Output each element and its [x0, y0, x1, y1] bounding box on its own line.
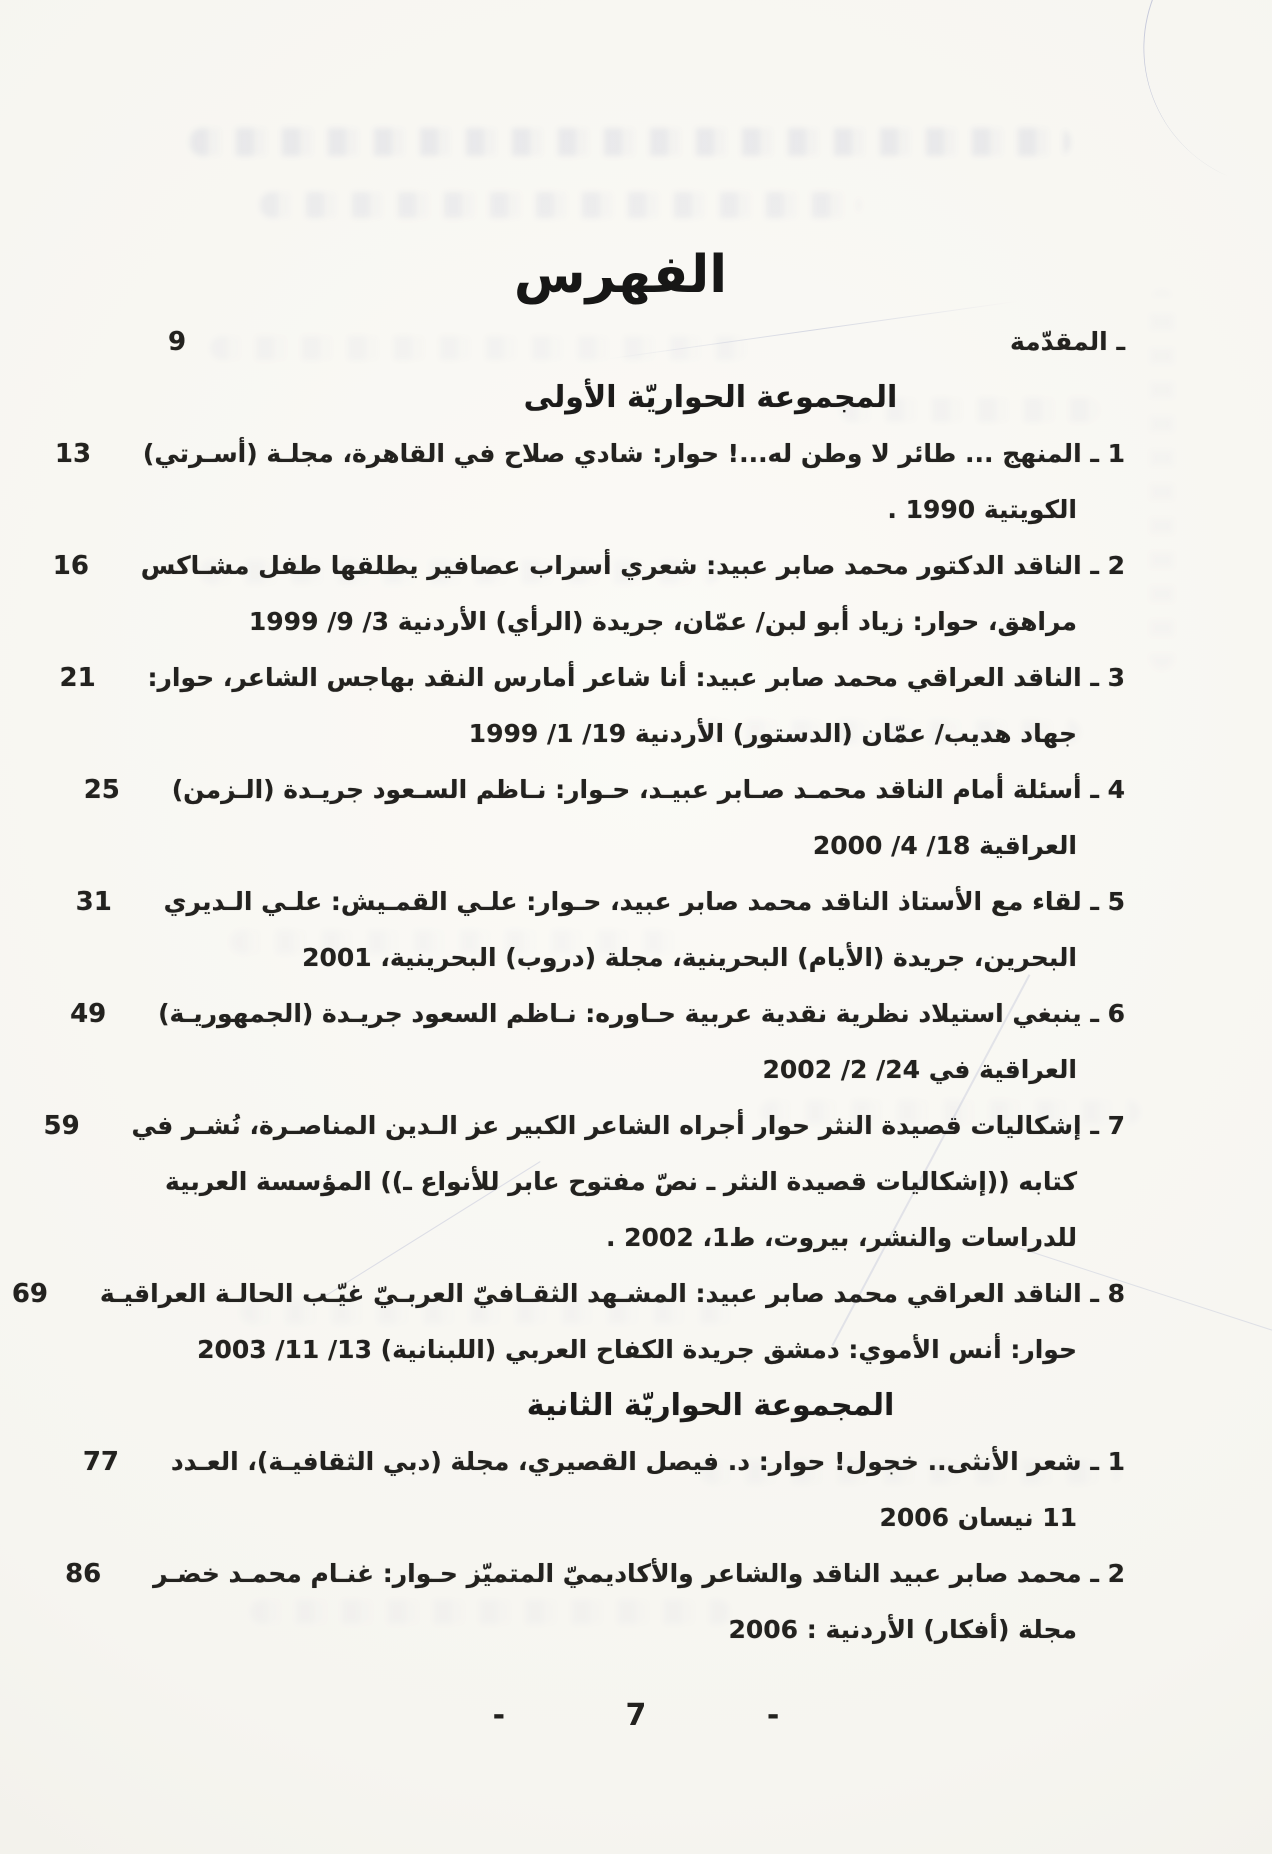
section-header: المجموعة الحواريّة الأولى [232, 370, 1189, 426]
toc-row-continuation: مجلة (أفكار) الأردنية : 2006 [168, 1602, 1125, 1658]
bleed-through-smudge [1150, 290, 1174, 670]
page-number: 77 [83, 1434, 171, 1490]
toc-entry-text: حوار: أنس الأموي: دمشق جريدة الكفاح العر… [168, 1322, 1125, 1378]
page-number: 69 [12, 1266, 100, 1322]
toc-row-continuation: للدراسات والنشر، بيروت، ط1، 2002 . [168, 1210, 1125, 1266]
toc-entry-text: 3 ـ الناقد العراقي محمد صابر عبيد: أنا ش… [148, 650, 1125, 706]
toc-row: 6 ـ ينبغي استيلاد نظرية نقدية عربية حـاو… [168, 986, 1125, 1042]
toc-entry-text: كتابه ((إشكاليات قصيدة النثر ـ نصّ مفتوح… [165, 1154, 1125, 1210]
toc-entry-text: الكويتية 1990 . [168, 482, 1125, 538]
toc-entry-text: 8 ـ الناقد العراقي محمد صابر عبيد: المشـ… [100, 1266, 1125, 1322]
toc-row-continuation: مراهق، حوار: زياد أبو لبن/ عمّان، جريدة … [168, 594, 1125, 650]
page-number: 49 [70, 986, 158, 1042]
toc-row: 2 ـ الناقد الدكتور محمد صابر عبيد: شعري … [168, 538, 1125, 594]
toc-content: الفهرس ـ المقدّمة 9 المجموعة الحواريّة ا… [168, 0, 1125, 1658]
page-footer: - 7 - [0, 1698, 1272, 1733]
toc-row-continuation: البحرين، جريدة (الأيام) البحرينية، مجلة … [168, 930, 1125, 986]
toc-row: 8 ـ الناقد العراقي محمد صابر عبيد: المشـ… [168, 1266, 1125, 1322]
toc-entry-text: العراقية 18/ 4/ 2000 [168, 818, 1125, 874]
toc-row: 2 ـ محمد صابر عبيد الناقد والشاعر والأكا… [168, 1546, 1125, 1602]
toc-entry-text: 6 ـ ينبغي استيلاد نظرية نقدية عربية حـاو… [158, 986, 1125, 1042]
page-number: 16 [53, 538, 141, 594]
page-number: 21 [60, 650, 148, 706]
toc-entry-text: 1 ـ شعر الأنثى.. خجول! حوار: د. فيصل الق… [171, 1434, 1125, 1490]
toc-row-continuation: حوار: أنس الأموي: دمشق جريدة الكفاح العر… [168, 1322, 1125, 1378]
toc-entry-text: 1 ـ المنهج ... طائر لا وطن له...! حوار: … [143, 426, 1125, 482]
page-number: 25 [84, 762, 172, 818]
toc-row: ـ المقدّمة 9 [168, 314, 1125, 370]
toc-entry-text: 11 نيسان 2006 [168, 1490, 1125, 1546]
page-number: 13 [55, 426, 143, 482]
toc-row-continuation: كتابه ((إشكاليات قصيدة النثر ـ نصّ مفتوح… [168, 1154, 1125, 1210]
toc-row: 3 ـ الناقد العراقي محمد صابر عبيد: أنا ش… [168, 650, 1125, 706]
toc-entry-text: ـ المقدّمة [256, 314, 1125, 370]
toc-entry-text: مجلة (أفكار) الأردنية : 2006 [168, 1602, 1125, 1658]
toc-entry-text: جهاد هديب/ عمّان (الدستور) الأردنية 19/ … [168, 706, 1125, 762]
toc-row-continuation: العراقية في 24/ 2/ 2002 [168, 1042, 1125, 1098]
toc-row: 5 ـ لقاء مع الأستاذ الناقد محمد صابر عبي… [168, 874, 1125, 930]
toc-row-continuation: 11 نيسان 2006 [168, 1490, 1125, 1546]
toc-entry-text: 7 ـ إشكاليات قصيدة النثر حوار أجراه الشا… [132, 1098, 1125, 1154]
toc-entry-text: 5 ـ لقاء مع الأستاذ الناقد محمد صابر عبي… [164, 874, 1125, 930]
section-header: المجموعة الحواريّة الثانية [232, 1378, 1189, 1434]
toc-entry-text: 2 ـ الناقد الدكتور محمد صابر عبيد: شعري … [141, 538, 1125, 594]
page-number: 59 [44, 1098, 132, 1154]
page-number: 86 [65, 1546, 153, 1602]
toc-entry-text: للدراسات والنشر، بيروت، ط1، 2002 . [168, 1210, 1125, 1266]
toc-row-continuation: العراقية 18/ 4/ 2000 [168, 818, 1125, 874]
toc-entry-text: العراقية في 24/ 2/ 2002 [168, 1042, 1125, 1098]
toc-row: 1 ـ شعر الأنثى.. خجول! حوار: د. فيصل الق… [168, 1434, 1125, 1490]
toc-row: 1 ـ المنهج ... طائر لا وطن له...! حوار: … [168, 426, 1125, 482]
page-title: الفهرس [142, 236, 1099, 314]
toc-row-continuation: جهاد هديب/ عمّان (الدستور) الأردنية 19/ … [168, 706, 1125, 762]
toc-entry-text: مراهق، حوار: زياد أبو لبن/ عمّان، جريدة … [168, 594, 1125, 650]
page-number: 9 [168, 314, 256, 370]
toc-row-continuation: الكويتية 1990 . [168, 482, 1125, 538]
toc-row: 4 ـ أسئلة أمام الناقد محمـد صـابر عبيـد،… [168, 762, 1125, 818]
page-number: 31 [76, 874, 164, 930]
toc-entry-text: 4 ـ أسئلة أمام الناقد محمـد صـابر عبيـد،… [172, 762, 1125, 818]
toc-entry-text: البحرين، جريدة (الأيام) البحرينية، مجلة … [168, 930, 1125, 986]
toc-row: 7 ـ إشكاليات قصيدة النثر حوار أجراه الشا… [168, 1098, 1125, 1154]
toc-entry-text: 2 ـ محمد صابر عبيد الناقد والشاعر والأكا… [153, 1546, 1125, 1602]
scanned-page: الفهرس ـ المقدّمة 9 المجموعة الحواريّة ا… [0, 0, 1272, 1854]
